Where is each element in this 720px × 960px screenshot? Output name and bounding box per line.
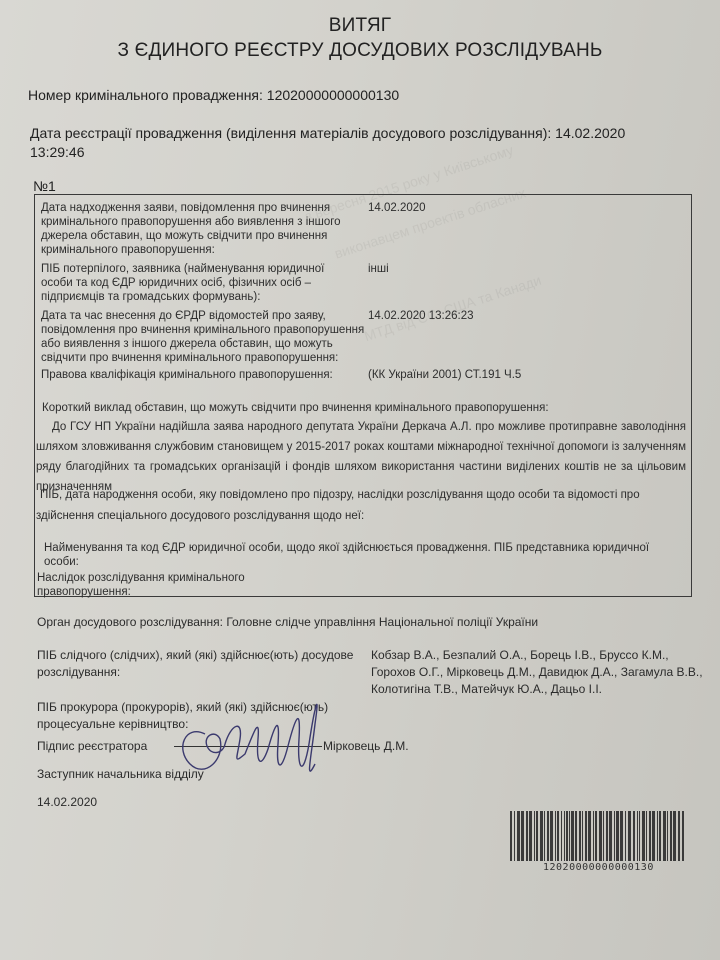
case-number: Номер кримінального провадження: 1202000…: [28, 87, 399, 103]
investigators-label: ПІБ слідчого (слідчих), який (які) здійс…: [37, 647, 357, 681]
document-date: 14.02.2020: [37, 794, 97, 810]
field-label-entry-date: Дата та час внесення до ЄРДР відомостей …: [41, 309, 366, 365]
investigators-list: Кобзар В.А., Безпалий О.А., Борець І.В.,…: [371, 647, 711, 698]
registrar-position: Заступник начальника відділу: [37, 766, 204, 782]
field-label-receipt-date: Дата надходження заяви, повідомлення про…: [41, 201, 341, 257]
suspect-label: ПІБ, дата народження особи, яку повідомл…: [36, 485, 686, 527]
document-page: з вересня 2015 року у Київському виконав…: [0, 0, 720, 960]
investigation-authority: Орган досудового розслідування: Головне …: [37, 614, 677, 630]
summary-label: Короткий виклад обставин, що можуть свід…: [42, 401, 642, 415]
field-label-victim: ПІБ потерпілого, заявника (найменування …: [41, 262, 351, 304]
barcode-number: 12020000000000130: [543, 862, 654, 873]
barcode: [510, 811, 686, 861]
signature-label: Підпис реєстратора: [37, 738, 147, 754]
record-number: №1: [33, 178, 56, 194]
result-label: Наслідок розслідування кримінального пра…: [37, 571, 247, 599]
document-title: ВИТЯГ: [0, 15, 720, 37]
registration-date: Дата реєстрації провадження (виділення м…: [30, 124, 670, 162]
field-value-qualification: (КК України 2001) СТ.191 Ч.5: [368, 368, 521, 382]
document-subtitle: З ЄДИНОГО РЕЄСТРУ ДОСУДОВИХ РОЗСЛІДУВАНЬ: [0, 40, 720, 62]
field-value-victim: інші: [368, 262, 389, 276]
field-value-entry-date: 14.02.2020 13:26:23: [368, 309, 474, 323]
field-label-qualification: Правова кваліфікація кримінального право…: [41, 368, 361, 382]
legal-entity-label: Найменування та код ЄДР юридичної особи,…: [44, 541, 684, 569]
field-value-receipt-date: 14.02.2020: [368, 201, 426, 215]
